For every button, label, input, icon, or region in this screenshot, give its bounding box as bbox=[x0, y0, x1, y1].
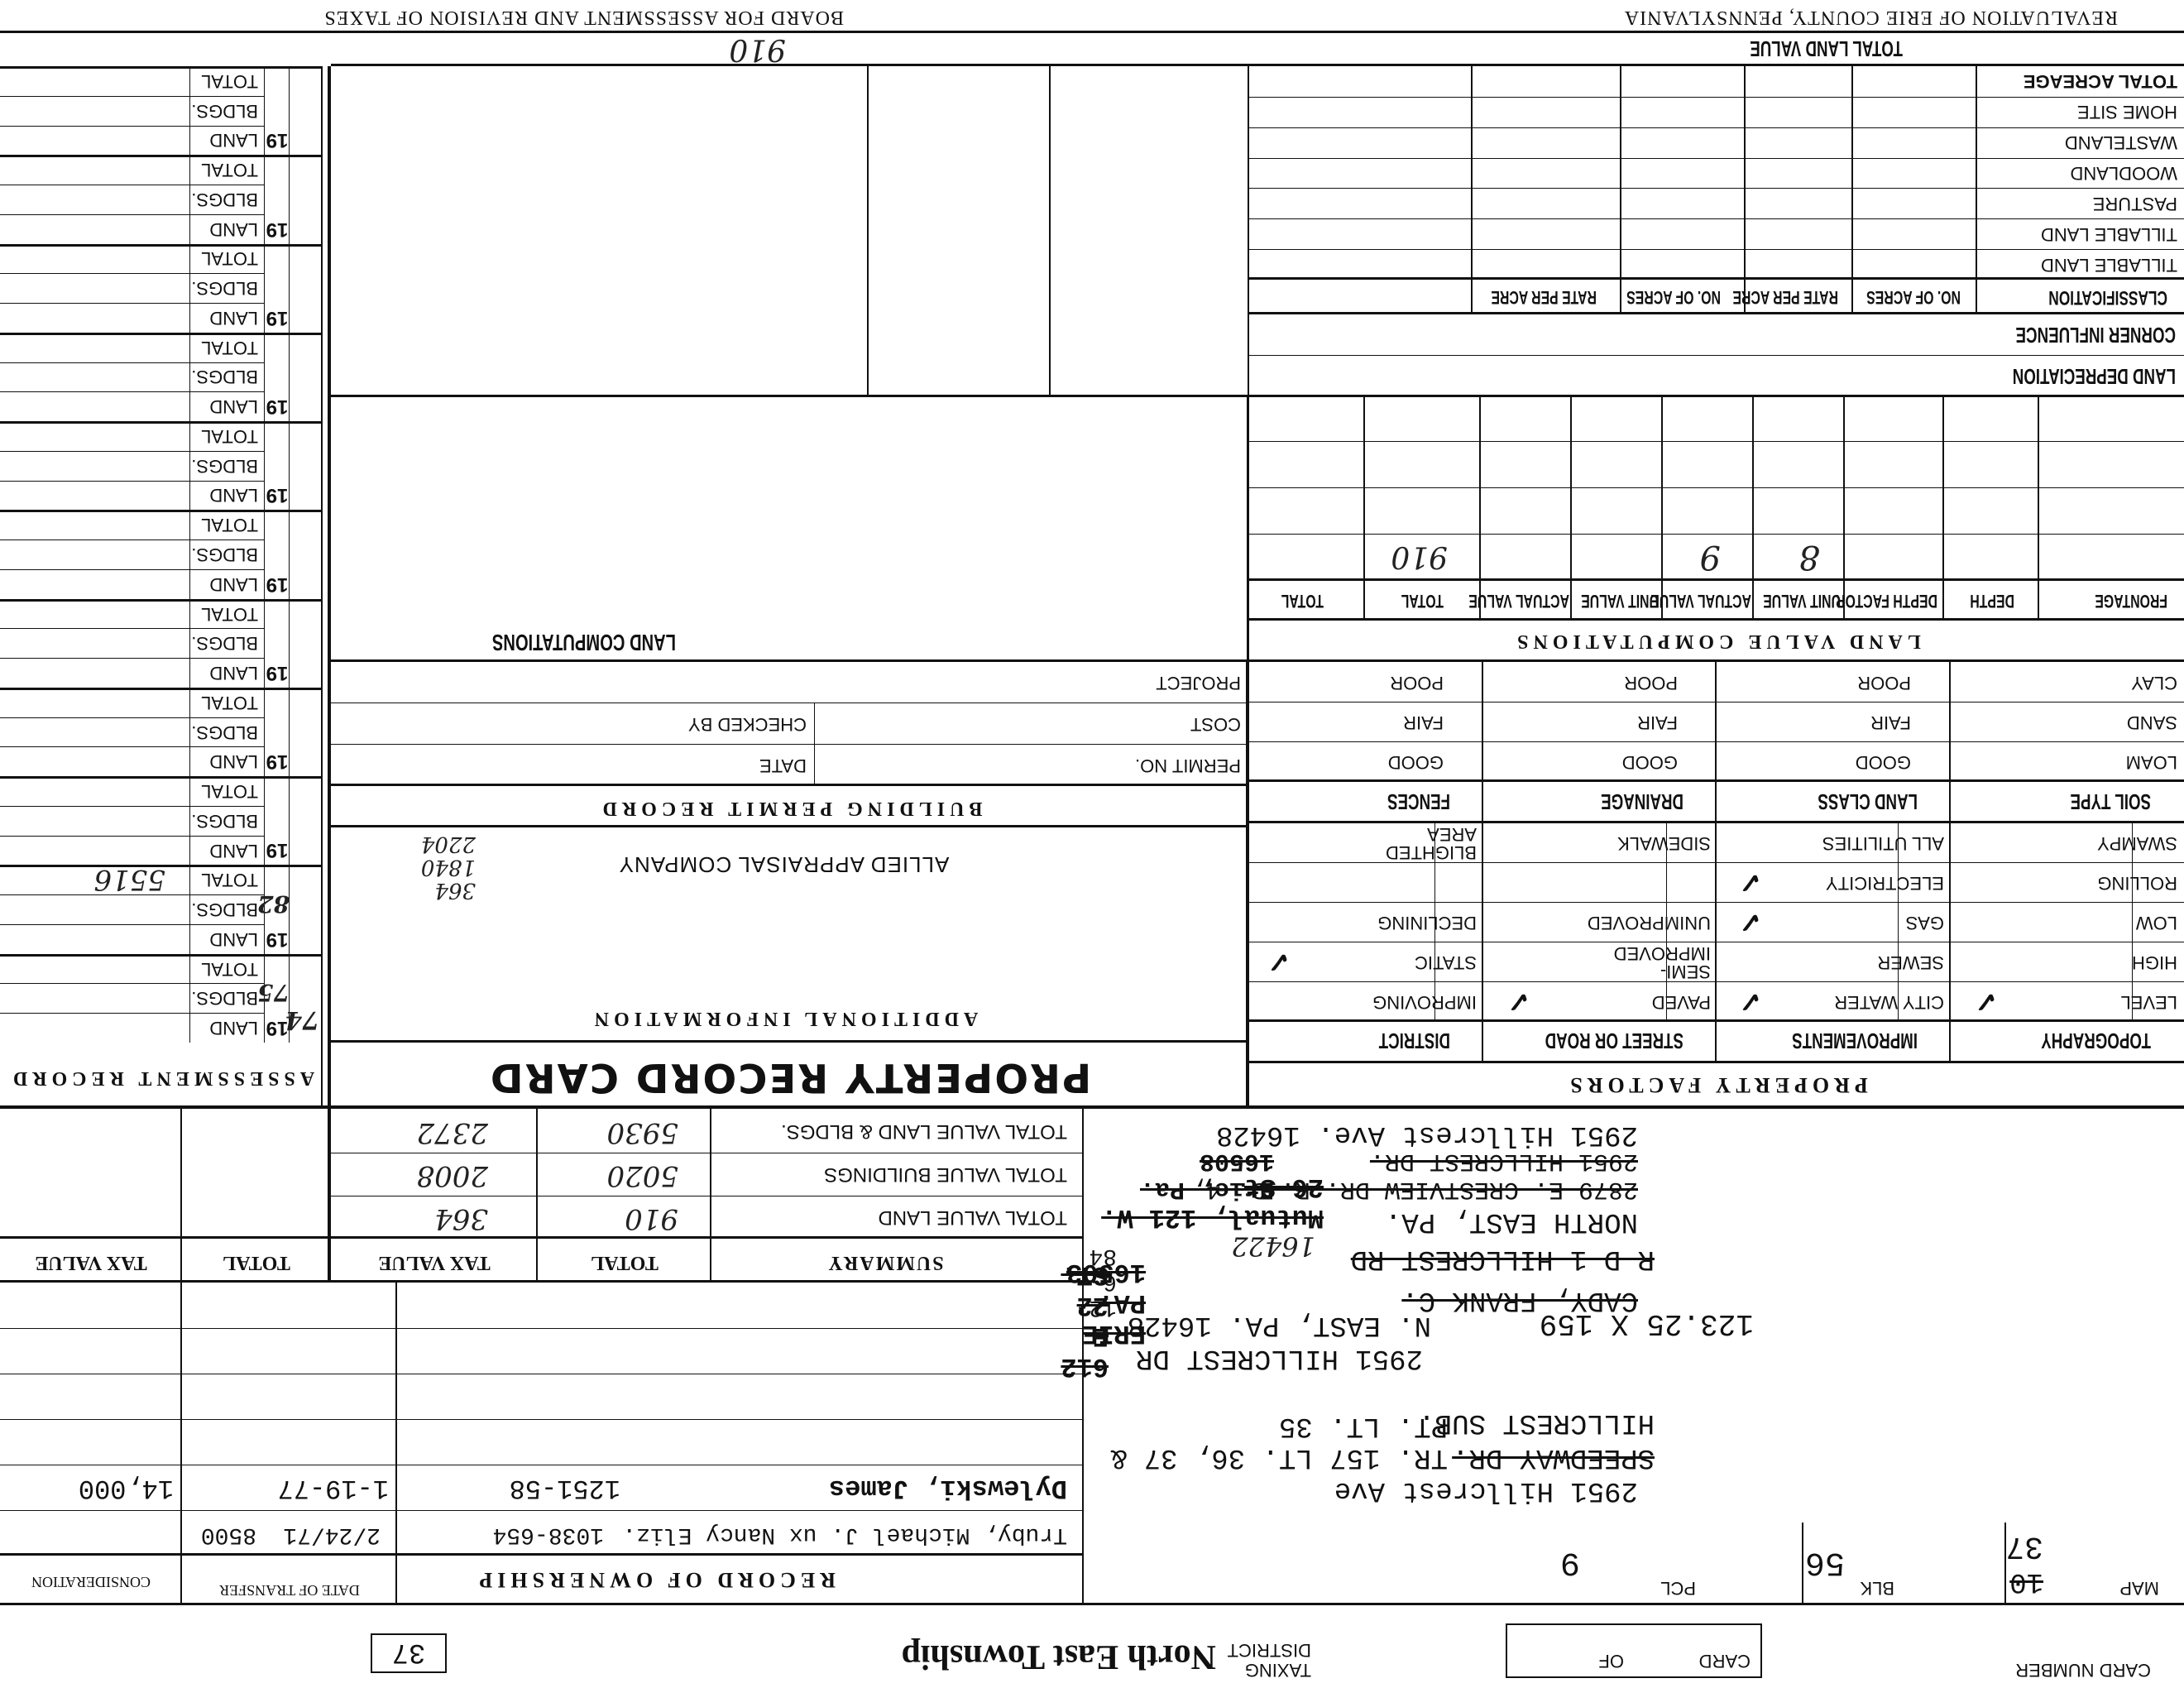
factor-label: SWAMPY bbox=[2097, 832, 2177, 854]
blk-label: BLK bbox=[1860, 1577, 1894, 1599]
year-prefix: 19 bbox=[265, 573, 290, 596]
assessment-row-label: TOTAL bbox=[201, 869, 258, 890]
consideration: 8500 bbox=[201, 1522, 256, 1547]
year-prefix: 19 bbox=[265, 218, 290, 241]
col-depth-factor: DEPTH FACTOR bbox=[1836, 581, 1937, 621]
fences-fair[interactable]: FAIR bbox=[1403, 703, 1444, 742]
assessment-row-label: LAND bbox=[209, 840, 258, 861]
pcl-value: 9 bbox=[1560, 1543, 1580, 1580]
map-value-struck: 10 bbox=[2009, 1566, 2043, 1597]
factor-label: BLIGHTED AREA bbox=[1353, 825, 1477, 861]
additional-info-title: ADDITIONAL INFORMATION bbox=[331, 1007, 1237, 1029]
calc-line: 2204 bbox=[421, 832, 476, 856]
factor-gas[interactable]: GAS bbox=[1906, 903, 1944, 942]
assessment-row[interactable]: BLDGS. bbox=[0, 894, 265, 924]
ownership-row[interactable] bbox=[0, 1283, 1084, 1328]
factor-unimproved[interactable]: UNIMPROVED bbox=[1588, 903, 1711, 942]
factor-label: CITY WATER bbox=[1834, 991, 1944, 1013]
col-unit-value-2: UNIT VALUE bbox=[1581, 581, 1659, 621]
assessment-year-block: 19 LAND BLDGS. TOTAL bbox=[0, 688, 323, 776]
assessment-year-block: 74 19 75 LAND BLDGS. TOTAL bbox=[0, 954, 323, 1043]
soil-loam[interactable]: LOAM bbox=[2126, 742, 2177, 782]
ownership-row[interactable] bbox=[0, 1328, 1084, 1374]
land-depreciation-label: LAND DEPRECIATION bbox=[2013, 356, 2176, 397]
classification-label: HOME SITE bbox=[2077, 101, 2177, 122]
assessment-row[interactable]: BLDGS. bbox=[0, 96, 265, 126]
assessment-row-label: BLDGS. bbox=[191, 277, 258, 299]
owner-name: Dylewski, James bbox=[829, 1473, 1067, 1503]
desc-line-12: NORTH EAST, PA. bbox=[1385, 1206, 1638, 1237]
summary-row-land: TOTAL VALUE LAND 910 364 bbox=[331, 1196, 1084, 1239]
ownership-col-date: DATE OF TRANSFER bbox=[190, 1582, 389, 1599]
assessment-row-label: BLDGS. bbox=[191, 366, 258, 387]
assessment-row-label: BLDGS. bbox=[191, 899, 258, 920]
factor-label: PAVED bbox=[1652, 991, 1711, 1013]
desc-line-3: HILLCREST SUB. bbox=[1418, 1407, 1655, 1438]
factor-label: LOW bbox=[2136, 912, 2177, 933]
permit-no-field[interactable]: PERMIT NO. bbox=[1135, 745, 1241, 786]
ownership-col-consideration: CONSIDERATION bbox=[4, 1573, 178, 1590]
assessment-row-value: 5516 bbox=[93, 863, 165, 896]
land-class-header: LAND CLASS bbox=[1818, 783, 1918, 821]
year-prefix: 19 bbox=[265, 838, 290, 861]
classification-label: TILLABLE LAND bbox=[2041, 223, 2177, 245]
factor-paved[interactable]: PAVED bbox=[1652, 982, 1711, 1022]
land-class-fair[interactable]: FAIR bbox=[1870, 703, 1911, 742]
factor-label: ROLLING bbox=[2097, 872, 2177, 894]
assessment-row[interactable]: TOTAL bbox=[0, 155, 265, 185]
assessment-row-label: BLDGS. bbox=[191, 810, 258, 832]
factor-label: SIDEWALK bbox=[1617, 832, 1711, 854]
col-no-of-acres: NO. OF ACRES bbox=[1866, 280, 1961, 314]
assessment-row[interactable]: TOTAL bbox=[0, 510, 265, 539]
factor-label: GAS bbox=[1906, 912, 1944, 933]
classification-label: TOTAL ACREAGE bbox=[2024, 70, 2177, 92]
soil-sand[interactable]: SAND bbox=[2127, 703, 2177, 742]
year-prefix: 19 bbox=[265, 1016, 290, 1039]
assessment-row[interactable]: LAND bbox=[0, 303, 265, 333]
assessment-row[interactable]: TOTAL bbox=[0, 66, 265, 96]
soil-type-header: SOIL TYPE bbox=[2071, 783, 2151, 821]
assessment-row[interactable]: LAND bbox=[0, 214, 265, 244]
transfer-date: 2/24/71 bbox=[283, 1522, 381, 1547]
transfer-date: 1-19-77 bbox=[278, 1473, 389, 1503]
summary-col-tax-value-2: TAX VALUE bbox=[0, 1251, 182, 1273]
summary-row-total: TOTAL VALUE LAND & BLDGS. 5930 2372 bbox=[331, 1110, 1084, 1153]
assessment-year: 74 bbox=[285, 1005, 319, 1034]
check-mark-icon: ✓ bbox=[1507, 983, 1531, 1019]
factor-sidewalk[interactable]: SIDEWALK bbox=[1617, 823, 1711, 863]
total-land-value-row: TOTAL LAND VALUE 910 bbox=[331, 33, 2184, 66]
assessment-row-label: LAND bbox=[209, 129, 258, 151]
land-value-grid: FRONTAGE DEPTH DEPTH FACTOR UNIT VALUE A… bbox=[1249, 397, 2184, 621]
assessment-row-label: TOTAL bbox=[201, 514, 258, 535]
property-factors-title: PROPERTY FACTORS bbox=[1249, 1072, 2184, 1097]
assessment-year-block: 19 LAND BLDGS. TOTAL bbox=[0, 66, 323, 155]
year-prefix: 19 bbox=[265, 128, 290, 151]
desc-line-0: 2951 Hillcrest Ave bbox=[1334, 1475, 1638, 1506]
assessment-row[interactable]: BLDGS. bbox=[0, 362, 265, 392]
assessment-row[interactable]: TOTAL bbox=[0, 244, 265, 274]
factor-rolling[interactable]: ROLLING bbox=[2097, 863, 2177, 903]
assessment-row-label: LAND bbox=[209, 750, 258, 772]
classification-row[interactable]: WOODLAND bbox=[1249, 158, 2184, 189]
district-header: DISTRICT bbox=[1379, 1022, 1450, 1059]
assessment-row-label: BLDGS. bbox=[191, 632, 258, 654]
factor-label: IMPROVING bbox=[1372, 991, 1477, 1013]
col-depth: DEPTH bbox=[1970, 581, 2014, 621]
classification-table: CLASSIFICATION NO. OF ACRES RATE PER ACR… bbox=[1249, 66, 2184, 314]
land-value-title-band: LAND VALUE COMPUTATIONS bbox=[1249, 621, 2184, 662]
assessment-row[interactable]: TOTAL bbox=[0, 421, 265, 451]
taxing-district-label: TAXING DISTRICT bbox=[1220, 1640, 1311, 1680]
fences-good[interactable]: GOOD bbox=[1388, 742, 1444, 782]
col-rate-per-acre: RATE PER ACRE bbox=[1732, 280, 1838, 314]
factor-label: STATIC bbox=[1415, 952, 1477, 973]
summary-table: SUMMARY TOTAL TAX VALUE TOTAL TAX VALUE … bbox=[0, 1109, 1084, 1283]
ownership-row[interactable]: Dylewski, James 1251-58 1-19-77 14,000 bbox=[0, 1465, 1084, 1510]
factor-low[interactable]: LOW bbox=[2136, 903, 2177, 942]
building-permit-title: BUILDING PERMIT RECORD bbox=[331, 797, 1249, 819]
col-total: TOTAL bbox=[1401, 581, 1444, 621]
deed-ref: 1038-654 bbox=[493, 1522, 604, 1547]
assessment-year-block: 19 LAND BLDGS. TOTAL bbox=[0, 776, 323, 865]
classification-label: PASTURE bbox=[2093, 193, 2177, 214]
desc-line-16: 2951 HILLCREST DR. bbox=[1370, 1147, 1638, 1175]
factor-label: DECLINING bbox=[1377, 912, 1477, 933]
summary-row-label: TOTAL VALUE LAND & BLDGS. bbox=[781, 1120, 1067, 1143]
year-prefix: 19 bbox=[265, 928, 290, 951]
card-number-label: CARD NUMBER bbox=[2015, 1660, 2151, 1680]
factor-city-water[interactable]: CITY WATER bbox=[1834, 982, 1944, 1022]
assessment-row-label: BLDGS. bbox=[191, 722, 258, 743]
assessment-row-label: BLDGS. bbox=[191, 100, 258, 122]
property-record-card: CARD NUMBER CARD OF TAXING DISTRICT Nort… bbox=[0, 0, 2184, 1688]
check-mark-icon: ✓ bbox=[1739, 864, 1763, 900]
col-no-of-acres-2: NO. OF ACRES bbox=[1626, 280, 1721, 314]
assessment-row-label: TOTAL bbox=[201, 247, 258, 269]
assessment-row-label: TOTAL bbox=[201, 70, 258, 92]
assessment-row[interactable]: BLDGS. bbox=[0, 539, 265, 569]
factor-swampy[interactable]: SWAMPY bbox=[2097, 823, 2177, 863]
assessment-row-label: TOTAL bbox=[201, 692, 258, 713]
factor-label: LEVEL bbox=[2121, 991, 2178, 1013]
permit-checked-by-field[interactable]: CHECKED BY bbox=[688, 703, 807, 745]
year-prefix: 19 bbox=[265, 661, 290, 684]
soil-clay[interactable]: CLAY bbox=[2131, 663, 2177, 703]
assessment-year-block: 19 LAND BLDGS. TOTAL bbox=[0, 333, 323, 421]
assessment-year-block: 19 LAND BLDGS. TOTAL bbox=[0, 599, 323, 688]
desc-handwritten-note: 16422 bbox=[1231, 1230, 1315, 1262]
summary-tax-value: 364 bbox=[434, 1202, 488, 1235]
classification-label: WOODLAND bbox=[2070, 162, 2177, 184]
summary-tax-value: 2372 bbox=[416, 1116, 488, 1149]
assessment-row[interactable]: LAND bbox=[0, 658, 265, 688]
col-frontage: FRONTAGE bbox=[2095, 581, 2167, 621]
assessment-stamp: 82 bbox=[265, 890, 290, 918]
land-computations-label: LAND COMPUTATIONS bbox=[492, 629, 676, 655]
assessment-row-label: TOTAL bbox=[201, 159, 258, 180]
drainage-header: DRAINAGE bbox=[1601, 783, 1683, 821]
assessment-record-title: ASSESSMENT RECORD bbox=[0, 1067, 323, 1089]
summary-col-total-2: TOTAL bbox=[182, 1251, 331, 1273]
year-prefix: 19 bbox=[265, 395, 290, 418]
pcl-label: PCL bbox=[1660, 1577, 1696, 1599]
drainage-poor[interactable]: POOR bbox=[1624, 663, 1678, 703]
classification-label: WASTELAND bbox=[2065, 132, 2177, 153]
card-of-box[interactable]: CARD OF bbox=[1506, 1623, 1762, 1678]
factor-level[interactable]: LEVEL bbox=[2121, 982, 2178, 1022]
assessment-row-label: TOTAL bbox=[201, 337, 258, 358]
desc-line-4: 2951 HILLCREST DR bbox=[1136, 1342, 1423, 1374]
total-value: 910 bbox=[1391, 536, 1448, 578]
assessment-year-block: 19 LAND BLDGS. TOTAL bbox=[0, 244, 323, 333]
land-value-title: LAND VALUE COMPUTATIONS bbox=[1249, 630, 2184, 652]
col-actual-value: ACTUAL VALUE bbox=[1650, 581, 1751, 621]
factor-declining[interactable]: DECLINING bbox=[1377, 903, 1477, 942]
summary-row-label: TOTAL VALUE BUILDINGS bbox=[824, 1163, 1067, 1186]
land-computations-area: LAND COMPUTATIONS bbox=[331, 397, 1249, 662]
col-total-2: TOTAL bbox=[1281, 581, 1324, 621]
assessment-row-label: LAND bbox=[209, 1017, 258, 1038]
summary-row-label: TOTAL VALUE LAND bbox=[878, 1206, 1067, 1229]
assessment-row[interactable]: TOTAL bbox=[0, 333, 265, 362]
assessment-row-label: TOTAL bbox=[201, 958, 258, 980]
classification-row[interactable]: TOTAL ACREAGE bbox=[1249, 66, 2184, 97]
assessment-row-label: LAND bbox=[209, 928, 258, 950]
assessment-row[interactable]: BLDGS. bbox=[0, 806, 265, 836]
classification-row[interactable]: WASTELAND bbox=[1249, 127, 2184, 158]
handwritten-calc: 364 1840 2204 bbox=[421, 832, 476, 902]
assessment-year-block: 19 LAND BLDGS. TOTAL bbox=[0, 421, 323, 510]
factor-static[interactable]: STATIC bbox=[1415, 942, 1477, 982]
desc-line-15: Erie, Pa. 16508 bbox=[1100, 1147, 1274, 1203]
permit-project-field[interactable]: PROJECT bbox=[1156, 662, 1241, 703]
assessment-row[interactable]: LAND bbox=[0, 126, 265, 156]
assessment-row-label: LAND bbox=[209, 662, 258, 683]
factor-improving[interactable]: IMPROVING bbox=[1372, 982, 1477, 1022]
assessment-year-block: 19 82 LAND BLDGS. TOTAL 5516 bbox=[0, 865, 323, 953]
year-prefix: 19 bbox=[265, 483, 290, 506]
col-rate-per-acre-2: RATE PER ACRE bbox=[1491, 280, 1597, 314]
factor-label: ELECTRICITY bbox=[1826, 872, 1944, 894]
factor-label: UNIMPROVED bbox=[1588, 912, 1711, 933]
assessment-row[interactable]: LAND bbox=[0, 924, 265, 954]
col-actual-value-2: ACTUAL VALUE bbox=[1468, 581, 1569, 621]
classification-row[interactable]: TILLABLE LAND bbox=[1249, 249, 2184, 280]
stamp-number: 37 bbox=[371, 1633, 447, 1673]
year-prefix: 19 bbox=[265, 750, 290, 773]
fences-poor[interactable]: POOR bbox=[1390, 663, 1444, 703]
blk-value: 56 bbox=[1805, 1543, 1845, 1580]
summary-total: 910 bbox=[625, 1202, 678, 1235]
corner-influence-label: CORNER INFLUENCE bbox=[2016, 314, 2176, 356]
assessment-row[interactable]: LAND bbox=[0, 746, 265, 776]
assessment-row-label: LAND bbox=[209, 218, 258, 240]
assessment-row[interactable]: TOTAL bbox=[0, 688, 265, 717]
summary-row-buildings: TOTAL VALUE BUILDINGS 5020 2008 bbox=[331, 1153, 1084, 1196]
unit-value: 8 bbox=[1799, 536, 1820, 578]
assessment-row-label: BLDGS. bbox=[191, 189, 258, 210]
total-land-value: 910 bbox=[729, 32, 786, 66]
taxing-district-value: North East Township bbox=[902, 1637, 1216, 1676]
summary-col-tax-value: TAX VALUE bbox=[331, 1251, 538, 1273]
factor-blighted-area[interactable]: BLIGHTED AREA bbox=[1353, 823, 1477, 863]
assessment-record-header: ASSESSMENT RECORD bbox=[0, 1043, 323, 1109]
ownership-row[interactable]: Truby, Michael J. ux Nancy Eliz. 1038-65… bbox=[0, 1510, 1084, 1556]
desc-line-2: TR. 157 LT. 36, 37 & PT. LT. 35 bbox=[1100, 1410, 1448, 1473]
classification-row[interactable]: PASTURE bbox=[1249, 188, 2184, 218]
calc-line: 1840 bbox=[421, 856, 476, 879]
desc-line-1: SPEEDWAY DR. bbox=[1452, 1441, 1655, 1473]
street-header: STREET OR ROAD bbox=[1545, 1022, 1683, 1059]
page-title: PROPERTY RECORD CARD bbox=[331, 1054, 1249, 1101]
assessment-row-label: LAND bbox=[209, 573, 258, 595]
drainage-good[interactable]: GOOD bbox=[1622, 742, 1678, 782]
footer-board: BOARD FOR ASSESSMENT AND REVISION OF TAX… bbox=[323, 6, 844, 28]
ownership-row[interactable] bbox=[0, 1374, 1084, 1419]
assessment-row[interactable]: BLDGS. bbox=[0, 628, 265, 658]
assessment-row-label: BLDGS. bbox=[191, 544, 258, 565]
assessment-row-label: BLDGS. bbox=[191, 455, 258, 477]
topography-header: TOPOGRAPHY bbox=[2041, 1022, 2151, 1059]
card-title-band: PROPERTY RECORD CARD bbox=[331, 1043, 1249, 1109]
assessment-row[interactable]: TOTAL bbox=[0, 954, 265, 984]
summary-title: SUMMARY bbox=[720, 1251, 1051, 1273]
summary-tax-value: 2008 bbox=[416, 1159, 488, 1192]
factor-label: SEMI-IMPROVED bbox=[1587, 944, 1711, 981]
summary-col-total: TOTAL bbox=[538, 1251, 711, 1273]
land-computations-grid bbox=[331, 66, 1249, 397]
drainage-fair[interactable]: FAIR bbox=[1637, 703, 1678, 742]
factor-label: HIGH bbox=[2132, 952, 2177, 973]
check-mark-icon: ✓ bbox=[1739, 983, 1763, 1019]
check-mark-icon: ✓ bbox=[1739, 904, 1763, 940]
assessment-row[interactable]: TOTAL bbox=[0, 599, 265, 629]
year-prefix: 19 bbox=[265, 306, 290, 329]
factor-electricity[interactable]: ELECTRICITY bbox=[1826, 863, 1944, 903]
total-land-value-label: TOTAL LAND VALUE bbox=[1750, 36, 1903, 61]
assessment-row-label: BLDGS. bbox=[191, 987, 258, 1009]
col-unit-value: UNIT VALUE bbox=[1763, 581, 1841, 621]
assessment-row[interactable]: BLDGS. bbox=[0, 273, 265, 303]
desc-line-7: N. EAST, PA. 16428 bbox=[1128, 1309, 1431, 1340]
classification-label: TILLABLE LAND bbox=[2041, 254, 2177, 276]
summary-total: 5020 bbox=[606, 1159, 678, 1192]
assessment-row-label: LAND bbox=[209, 485, 258, 506]
assessment-row[interactable]: LAND bbox=[0, 1013, 265, 1043]
ownership-table: RECORD OF OWNERSHIP DATE OF TRANSFER CON… bbox=[0, 1283, 1084, 1605]
desc-line-17: 2951 Hillcrest Ave. 16428 bbox=[1216, 1119, 1638, 1150]
factor-sewer[interactable]: SEWER bbox=[1877, 942, 1944, 982]
col-classification: CLASSIFICATION bbox=[2048, 280, 2167, 314]
assessment-year-block: 19 LAND BLDGS. TOTAL bbox=[0, 155, 323, 243]
desc-line-10: CADY, FRANK C. bbox=[1401, 1284, 1638, 1316]
assessment-row[interactable]: BLDGS. bbox=[0, 185, 265, 214]
card-of-card-label: CARD bbox=[1699, 1650, 1751, 1671]
actual-value: 9 bbox=[1700, 536, 1721, 578]
calc-line: 364 bbox=[421, 879, 476, 902]
consideration: 14,000 bbox=[79, 1473, 174, 1503]
desc-line-11: R D 1 HILLCREST RD bbox=[1351, 1243, 1655, 1274]
footer-revaluation: REVALUATION OF ERIE COUNTY, PENNSYLVANIA bbox=[1624, 6, 2118, 28]
assessment-record-table: 74 19 75 LAND BLDGS. TOTAL bbox=[0, 66, 323, 1043]
assessment-row-label: LAND bbox=[209, 307, 258, 328]
ownership-row[interactable] bbox=[0, 1419, 1084, 1465]
assessment-row[interactable]: LAND bbox=[0, 481, 265, 511]
assessment-row[interactable]: BLDGS. bbox=[0, 451, 265, 481]
property-factors: PROPERTY FACTORS TOPOGRAPHY IMPROVEMENTS… bbox=[1249, 662, 2184, 1109]
assessment-row[interactable]: LAND bbox=[0, 569, 265, 599]
permit-date-field[interactable]: DATE bbox=[759, 745, 807, 786]
factor-high[interactable]: HIGH bbox=[2132, 942, 2177, 982]
factor-label: SEWER bbox=[1877, 952, 1944, 973]
land-class-good[interactable]: GOOD bbox=[1856, 742, 1911, 782]
check-mark-icon: ✓ bbox=[1267, 943, 1291, 980]
factor-label: ALL UTILITIES bbox=[1822, 832, 1944, 854]
check-mark-icon: ✓ bbox=[1975, 983, 1999, 1019]
classification-row[interactable]: TILLABLE LAND bbox=[1249, 218, 2184, 249]
card-of-of-label: OF bbox=[1598, 1650, 1624, 1671]
fences-header: FENCES bbox=[1387, 783, 1450, 821]
assessment-row-label: TOTAL bbox=[201, 603, 258, 625]
owner-name: Truby, Michael J. ux Nancy Eliz. bbox=[622, 1522, 1067, 1547]
assessment-row[interactable]: BLDGS. bbox=[0, 717, 265, 747]
map-value: 37 bbox=[2005, 1528, 2043, 1564]
assessment-row-label: TOTAL bbox=[201, 425, 258, 447]
assessment-row[interactable]: BLDGS. bbox=[0, 984, 265, 1014]
assessment-row[interactable]: TOTAL 5516 bbox=[0, 865, 265, 894]
classification-row[interactable]: HOME SITE bbox=[1249, 97, 2184, 127]
property-description: 2951 Hillcrest Ave SPEEDWAY DR. TR. 157 … bbox=[1100, 1109, 2151, 1514]
assessment-row[interactable]: LAND bbox=[0, 391, 265, 421]
land-class-poor[interactable]: POOR bbox=[1857, 663, 1911, 703]
permit-cost-field[interactable]: COST bbox=[1190, 703, 1241, 745]
assessment-year-block: 19 LAND BLDGS. TOTAL bbox=[0, 510, 323, 598]
summary-total: 5930 bbox=[606, 1116, 678, 1149]
ownership-title: RECORD OF OWNERSHIP bbox=[474, 1567, 836, 1592]
parcel-id-row: MAP 10 37 BLK 56 PCL 9 bbox=[1084, 1523, 2184, 1605]
assessment-stamp: 75 bbox=[265, 979, 290, 1006]
factor-all-utilities[interactable]: ALL UTILITIES bbox=[1822, 823, 1944, 863]
assessment-row-label: LAND bbox=[209, 396, 258, 417]
factor-semi-improved[interactable]: SEMI-IMPROVED bbox=[1587, 942, 1711, 982]
building-permit-record: BUILDING PERMIT RECORD PERMIT NO. DATE C… bbox=[331, 662, 1249, 827]
deed-ref: 1251-58 bbox=[510, 1473, 620, 1503]
assessment-row-label: TOTAL bbox=[201, 780, 258, 802]
improvements-header: IMPROVEMENTS bbox=[1792, 1022, 1918, 1059]
additional-information: ADDITIONAL INFORMATION ALLIED APPRAISAL … bbox=[331, 827, 1237, 1043]
map-label: MAP bbox=[2119, 1577, 2159, 1599]
assessment-row[interactable]: TOTAL bbox=[0, 776, 265, 806]
assessment-row[interactable]: LAND bbox=[0, 836, 265, 866]
